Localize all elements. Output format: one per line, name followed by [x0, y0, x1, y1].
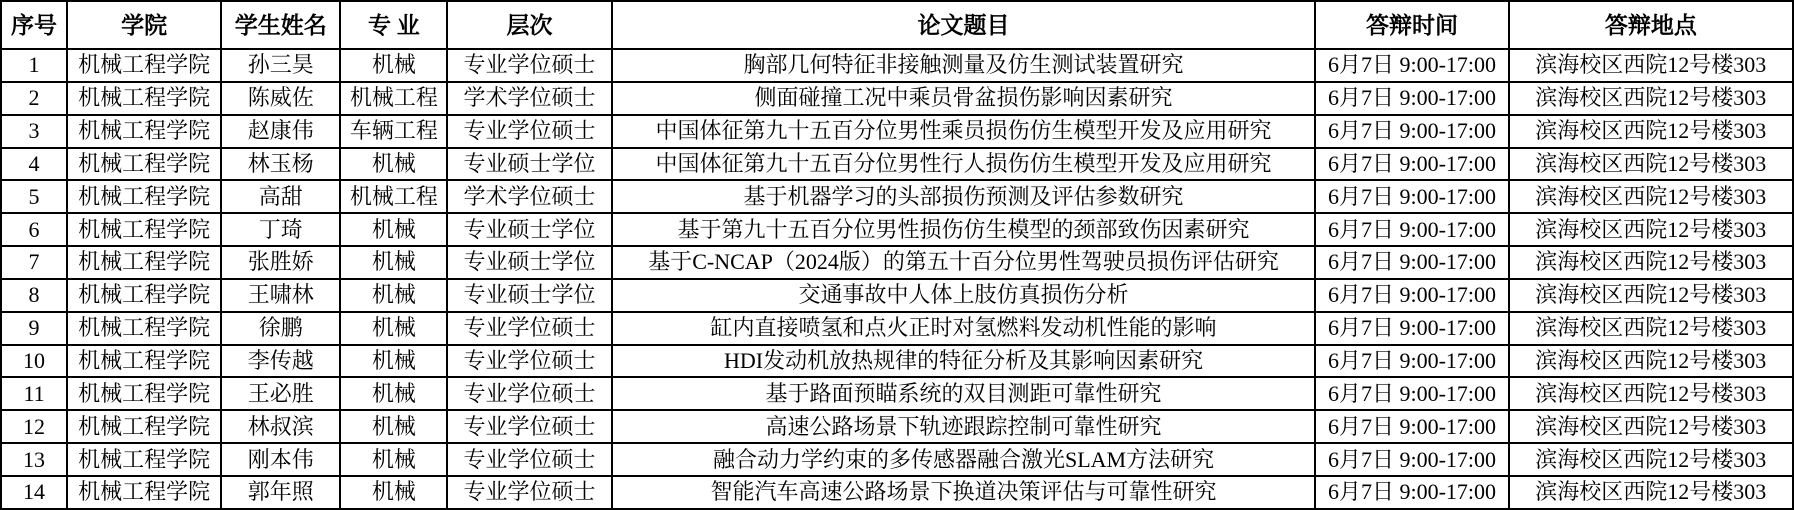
- cell-student_name: 丁琦: [221, 213, 340, 246]
- table-row: 11机械工程学院王必胜机械专业学位硕士基于路面预瞄系统的双目测距可靠性研究6月7…: [1, 377, 1793, 410]
- cell-major: 机械: [340, 410, 447, 443]
- cell-seq: 14: [1, 476, 67, 509]
- cell-seq: 8: [1, 279, 67, 312]
- cell-thesis_title: 基于机器学习的头部损伤预测及评估参数研究: [612, 180, 1316, 213]
- cell-major: 机械: [340, 148, 447, 181]
- column-header-seq: 序号: [1, 1, 67, 49]
- cell-defense_location: 滨海校区西院12号楼303: [1509, 82, 1793, 115]
- cell-student_name: 徐鹏: [221, 312, 340, 345]
- cell-defense_time: 6月7日 9:00-17:00: [1315, 279, 1508, 312]
- cell-thesis_title: 智能汽车高速公路场景下换道决策评估与可靠性研究: [612, 476, 1316, 509]
- cell-seq: 11: [1, 377, 67, 410]
- table-row: 6机械工程学院丁琦机械专业硕士学位基于第九十五百分位男性损伤仿生模型的颈部致伤因…: [1, 213, 1793, 246]
- cell-defense_location: 滨海校区西院12号楼303: [1509, 410, 1793, 443]
- cell-thesis_title: 高速公路场景下轨迹跟踪控制可靠性研究: [612, 410, 1316, 443]
- table-row: 9机械工程学院徐鹏机械专业学位硕士缸内直接喷氢和点火正时对氢燃料发动机性能的影响…: [1, 312, 1793, 345]
- cell-defense_time: 6月7日 9:00-17:00: [1315, 115, 1508, 148]
- cell-defense_time: 6月7日 9:00-17:00: [1315, 476, 1508, 509]
- cell-college: 机械工程学院: [67, 82, 221, 115]
- cell-student_name: 李传越: [221, 345, 340, 378]
- cell-level: 专业硕士学位: [447, 148, 611, 181]
- column-header-defense_time: 答辩时间: [1315, 1, 1508, 49]
- cell-defense_time: 6月7日 9:00-17:00: [1315, 377, 1508, 410]
- cell-defense_time: 6月7日 9:00-17:00: [1315, 345, 1508, 378]
- table-row: 5机械工程学院高甜机械工程学术学位硕士基于机器学习的头部损伤预测及评估参数研究6…: [1, 180, 1793, 213]
- cell-student_name: 张胜娇: [221, 246, 340, 279]
- column-header-student_name: 学生姓名: [221, 1, 340, 49]
- table-row: 2机械工程学院陈威佐机械工程学术学位硕士侧面碰撞工况中乘员骨盆损伤影响因素研究6…: [1, 82, 1793, 115]
- cell-level: 专业硕士学位: [447, 213, 611, 246]
- cell-level: 学术学位硕士: [447, 180, 611, 213]
- cell-defense_time: 6月7日 9:00-17:00: [1315, 82, 1508, 115]
- cell-seq: 9: [1, 312, 67, 345]
- cell-college: 机械工程学院: [67, 279, 221, 312]
- cell-student_name: 王啸林: [221, 279, 340, 312]
- cell-student_name: 王必胜: [221, 377, 340, 410]
- cell-seq: 13: [1, 443, 67, 476]
- cell-seq: 4: [1, 148, 67, 181]
- cell-defense_time: 6月7日 9:00-17:00: [1315, 443, 1508, 476]
- table-row: 8机械工程学院王啸林机械专业硕士学位交通事故中人体上肢仿真损伤分析6月7日 9:…: [1, 279, 1793, 312]
- cell-major: 机械: [340, 476, 447, 509]
- cell-defense_time: 6月7日 9:00-17:00: [1315, 246, 1508, 279]
- cell-defense_location: 滨海校区西院12号楼303: [1509, 246, 1793, 279]
- table-row: 14机械工程学院郭年照机械专业学位硕士智能汽车高速公路场景下换道决策评估与可靠性…: [1, 476, 1793, 509]
- cell-level: 学术学位硕士: [447, 82, 611, 115]
- cell-defense_time: 6月7日 9:00-17:00: [1315, 213, 1508, 246]
- table-row: 3机械工程学院赵康伟车辆工程专业学位硕士中国体征第九十五百分位男性乘员损伤仿生模…: [1, 115, 1793, 148]
- cell-major: 机械: [340, 345, 447, 378]
- cell-college: 机械工程学院: [67, 345, 221, 378]
- cell-college: 机械工程学院: [67, 213, 221, 246]
- cell-level: 专业学位硕士: [447, 410, 611, 443]
- cell-defense_location: 滨海校区西院12号楼303: [1509, 377, 1793, 410]
- cell-defense_time: 6月7日 9:00-17:00: [1315, 180, 1508, 213]
- cell-thesis_title: 侧面碰撞工况中乘员骨盆损伤影响因素研究: [612, 82, 1316, 115]
- cell-major: 机械: [340, 49, 447, 82]
- table-row: 13机械工程学院刚本伟机械专业学位硕士融合动力学约束的多传感器融合激光SLAM方…: [1, 443, 1793, 476]
- defense-schedule-page: 序号学院学生姓名专 业层次论文题目答辩时间答辩地点 1机械工程学院孙三昊机械专业…: [0, 0, 1794, 510]
- cell-seq: 6: [1, 213, 67, 246]
- cell-level: 专业学位硕士: [447, 49, 611, 82]
- cell-defense_location: 滨海校区西院12号楼303: [1509, 476, 1793, 509]
- cell-defense_location: 滨海校区西院12号楼303: [1509, 148, 1793, 181]
- cell-defense_time: 6月7日 9:00-17:00: [1315, 312, 1508, 345]
- cell-seq: 5: [1, 180, 67, 213]
- cell-major: 机械工程: [340, 180, 447, 213]
- cell-defense_location: 滨海校区西院12号楼303: [1509, 279, 1793, 312]
- defense-schedule-table: 序号学院学生姓名专 业层次论文题目答辩时间答辩地点 1机械工程学院孙三昊机械专业…: [0, 0, 1794, 510]
- cell-level: 专业学位硕士: [447, 377, 611, 410]
- cell-level: 专业硕士学位: [447, 279, 611, 312]
- cell-level: 专业学位硕士: [447, 443, 611, 476]
- cell-major: 机械: [340, 246, 447, 279]
- cell-defense_location: 滨海校区西院12号楼303: [1509, 115, 1793, 148]
- cell-seq: 7: [1, 246, 67, 279]
- cell-major: 机械: [340, 312, 447, 345]
- cell-college: 机械工程学院: [67, 180, 221, 213]
- column-header-defense_location: 答辩地点: [1509, 1, 1793, 49]
- cell-seq: 3: [1, 115, 67, 148]
- cell-major: 机械: [340, 279, 447, 312]
- cell-level: 专业硕士学位: [447, 246, 611, 279]
- cell-major: 机械: [340, 443, 447, 476]
- cell-student_name: 刚本伟: [221, 443, 340, 476]
- cell-thesis_title: HDI发动机放热规律的特征分析及其影响因素研究: [612, 345, 1316, 378]
- table-row: 10机械工程学院李传越机械专业学位硕士HDI发动机放热规律的特征分析及其影响因素…: [1, 345, 1793, 378]
- cell-defense_time: 6月7日 9:00-17:00: [1315, 148, 1508, 181]
- cell-college: 机械工程学院: [67, 476, 221, 509]
- cell-college: 机械工程学院: [67, 115, 221, 148]
- cell-defense_location: 滨海校区西院12号楼303: [1509, 49, 1793, 82]
- column-header-college: 学院: [67, 1, 221, 49]
- table-row: 4机械工程学院林玉杨机械专业硕士学位中国体征第九十五百分位男性行人损伤仿生模型开…: [1, 148, 1793, 181]
- column-header-thesis_title: 论文题目: [612, 1, 1316, 49]
- cell-major: 车辆工程: [340, 115, 447, 148]
- cell-college: 机械工程学院: [67, 377, 221, 410]
- cell-college: 机械工程学院: [67, 312, 221, 345]
- table-row: 1机械工程学院孙三昊机械专业学位硕士胸部几何特征非接触测量及仿生测试装置研究6月…: [1, 49, 1793, 82]
- cell-college: 机械工程学院: [67, 443, 221, 476]
- cell-student_name: 赵康伟: [221, 115, 340, 148]
- cell-defense_location: 滨海校区西院12号楼303: [1509, 443, 1793, 476]
- cell-level: 专业学位硕士: [447, 476, 611, 509]
- cell-thesis_title: 交通事故中人体上肢仿真损伤分析: [612, 279, 1316, 312]
- cell-major: 机械工程: [340, 82, 447, 115]
- cell-college: 机械工程学院: [67, 246, 221, 279]
- cell-seq: 12: [1, 410, 67, 443]
- cell-student_name: 林玉杨: [221, 148, 340, 181]
- cell-thesis_title: 缸内直接喷氢和点火正时对氢燃料发动机性能的影响: [612, 312, 1316, 345]
- cell-level: 专业学位硕士: [447, 115, 611, 148]
- cell-thesis_title: 基于路面预瞄系统的双目测距可靠性研究: [612, 377, 1316, 410]
- cell-defense_time: 6月7日 9:00-17:00: [1315, 410, 1508, 443]
- cell-thesis_title: 融合动力学约束的多传感器融合激光SLAM方法研究: [612, 443, 1316, 476]
- cell-student_name: 孙三昊: [221, 49, 340, 82]
- cell-thesis_title: 中国体征第九十五百分位男性乘员损伤仿生模型开发及应用研究: [612, 115, 1316, 148]
- cell-student_name: 陈威佐: [221, 82, 340, 115]
- cell-seq: 1: [1, 49, 67, 82]
- cell-major: 机械: [340, 377, 447, 410]
- cell-seq: 10: [1, 345, 67, 378]
- cell-college: 机械工程学院: [67, 148, 221, 181]
- cell-student_name: 林叔滨: [221, 410, 340, 443]
- cell-college: 机械工程学院: [67, 49, 221, 82]
- cell-thesis_title: 胸部几何特征非接触测量及仿生测试装置研究: [612, 49, 1316, 82]
- cell-defense_time: 6月7日 9:00-17:00: [1315, 49, 1508, 82]
- column-header-major: 专 业: [340, 1, 447, 49]
- cell-seq: 2: [1, 82, 67, 115]
- cell-thesis_title: 中国体征第九十五百分位男性行人损伤仿生模型开发及应用研究: [612, 148, 1316, 181]
- table-row: 12机械工程学院林叔滨机械专业学位硕士高速公路场景下轨迹跟踪控制可靠性研究6月7…: [1, 410, 1793, 443]
- cell-defense_location: 滨海校区西院12号楼303: [1509, 312, 1793, 345]
- column-header-level: 层次: [447, 1, 611, 49]
- cell-level: 专业学位硕士: [447, 345, 611, 378]
- cell-defense_location: 滨海校区西院12号楼303: [1509, 180, 1793, 213]
- cell-thesis_title: 基于C-NCAP（2024版）的第五十百分位男性驾驶员损伤评估研究: [612, 246, 1316, 279]
- cell-defense_location: 滨海校区西院12号楼303: [1509, 345, 1793, 378]
- cell-student_name: 郭年照: [221, 476, 340, 509]
- header-row: 序号学院学生姓名专 业层次论文题目答辩时间答辩地点: [1, 1, 1793, 49]
- cell-college: 机械工程学院: [67, 410, 221, 443]
- table-row: 7机械工程学院张胜娇机械专业硕士学位基于C-NCAP（2024版）的第五十百分位…: [1, 246, 1793, 279]
- cell-defense_location: 滨海校区西院12号楼303: [1509, 213, 1793, 246]
- cell-thesis_title: 基于第九十五百分位男性损伤仿生模型的颈部致伤因素研究: [612, 213, 1316, 246]
- cell-level: 专业学位硕士: [447, 312, 611, 345]
- cell-student_name: 高甜: [221, 180, 340, 213]
- cell-major: 机械: [340, 213, 447, 246]
